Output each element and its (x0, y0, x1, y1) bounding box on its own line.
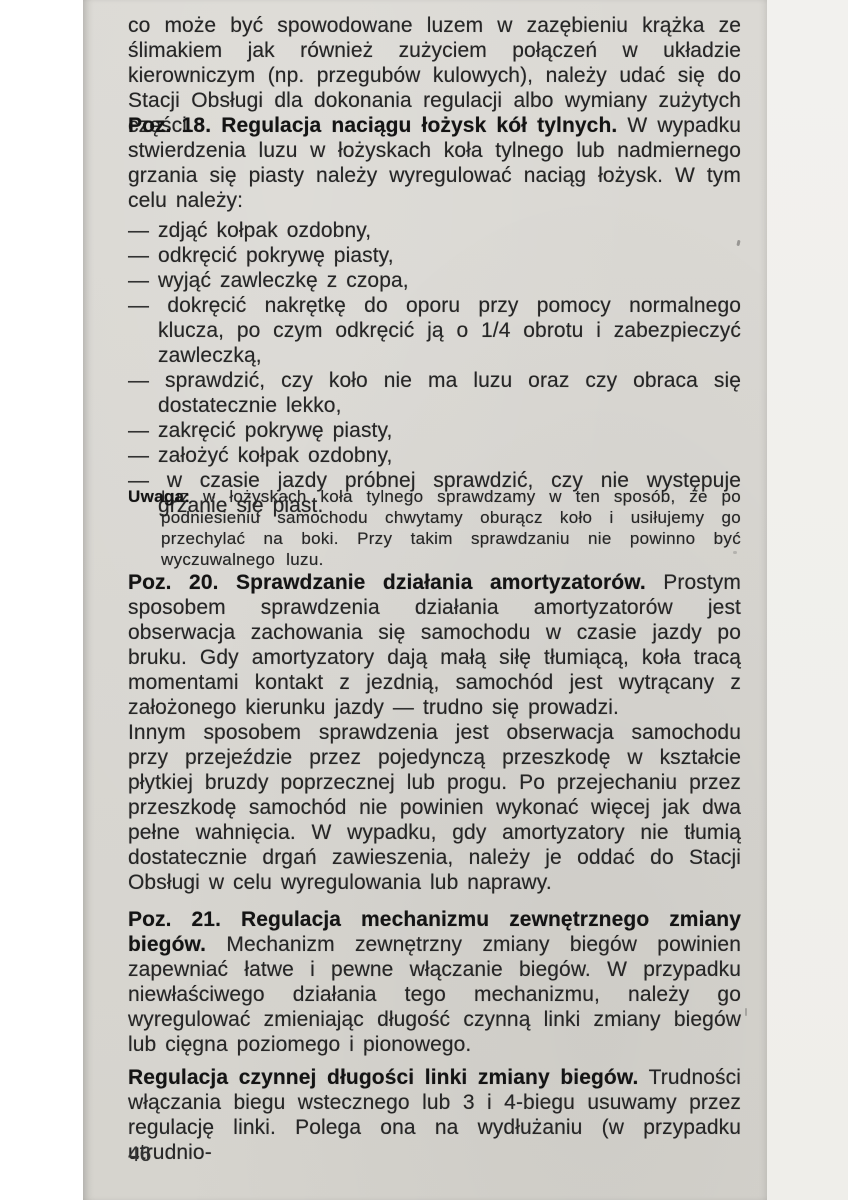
note-block: Uwaga:Luz w łożyskach koła tylnego spraw… (128, 486, 741, 570)
section-poz18: Poz. 18. Regulacja naciągu łożysk kół ty… (128, 113, 741, 213)
dash-marker: — (128, 244, 149, 267)
list-item-text: dokręcić nakrętkę do oporu przy pomocy n… (158, 294, 741, 367)
dash-marker: — (128, 444, 149, 467)
adjustment-steps-list: — zdjąć kołpak ozdobny, — odkręcić pokry… (128, 218, 741, 468)
intro-paragraph: co może być spowodowane luzem w zazębien… (128, 13, 741, 113)
list-item: — zdjąć kołpak ozdobny, (128, 218, 741, 243)
section-cable-adjustment-heading: Regulacja czynnej długości linki zmiany … (128, 1066, 638, 1089)
page-number: 46 (128, 1143, 151, 1167)
list-item: — sprawdzić, czy koło nie ma luzu oraz c… (128, 368, 741, 418)
list-item: — odkręcić pokrywę piasty, (128, 243, 741, 268)
section-poz20-heading: Poz. 20. Sprawdzanie działania amortyzat… (128, 571, 646, 594)
scan-margin-strip (767, 0, 848, 1200)
section-cable-adjustment: Regulacja czynnej długości linki zmiany … (128, 1065, 741, 1140)
text-column: co może być spowodowane luzem w zazębien… (128, 13, 741, 1140)
dash-marker: — (128, 419, 149, 442)
section-poz20: Poz. 20. Sprawdzanie działania amortyzat… (128, 570, 741, 720)
list-item-text: sprawdzić, czy koło nie ma luzu oraz czy… (158, 369, 741, 417)
dash-marker: — (128, 269, 149, 292)
section-poz21-body: Mechanizm zewnętrzny zmiany biegów powin… (128, 933, 741, 1056)
section-poz21: Poz. 21. Regulacja mechanizmu zewnętrzne… (128, 907, 741, 1057)
list-item: — założyć kołpak ozdobny, (128, 443, 741, 468)
list-item: — dokręcić nakrętkę do oporu przy pomocy… (128, 293, 741, 368)
dash-marker: — (128, 294, 149, 317)
note-body: Luz w łożyskach koła tylnego sprawdzamy … (161, 487, 741, 569)
list-item-text: zdjąć kołpak ozdobny, (158, 219, 371, 242)
section-poz18-heading: Poz. 18. Regulacja naciągu łożysk kół ty… (128, 114, 617, 137)
scan-artifact (733, 551, 737, 554)
list-item: — zakręcić pokrywę piasty, (128, 418, 741, 443)
note-label: Uwaga: (128, 486, 190, 507)
list-item-text: zakręcić pokrywę piasty, (158, 419, 392, 442)
list-item-text: odkręcić pokrywę piasty, (158, 244, 394, 267)
list-item-text: wyjąć zawleczkę z czopa, (158, 269, 409, 292)
scan-artifact (745, 1008, 747, 1016)
list-item-text: założyć kołpak ozdobny, (158, 444, 392, 467)
list-item: — wyjąć zawleczkę z czopa, (128, 268, 741, 293)
dash-marker: — (128, 219, 149, 242)
dash-marker: — (128, 369, 149, 392)
scanned-manual-page: { "document": { "page_number": "46", "co… (0, 0, 848, 1200)
section-poz20-paragraph2: Innym sposobem sprawdzenia jest obserwac… (128, 720, 741, 895)
